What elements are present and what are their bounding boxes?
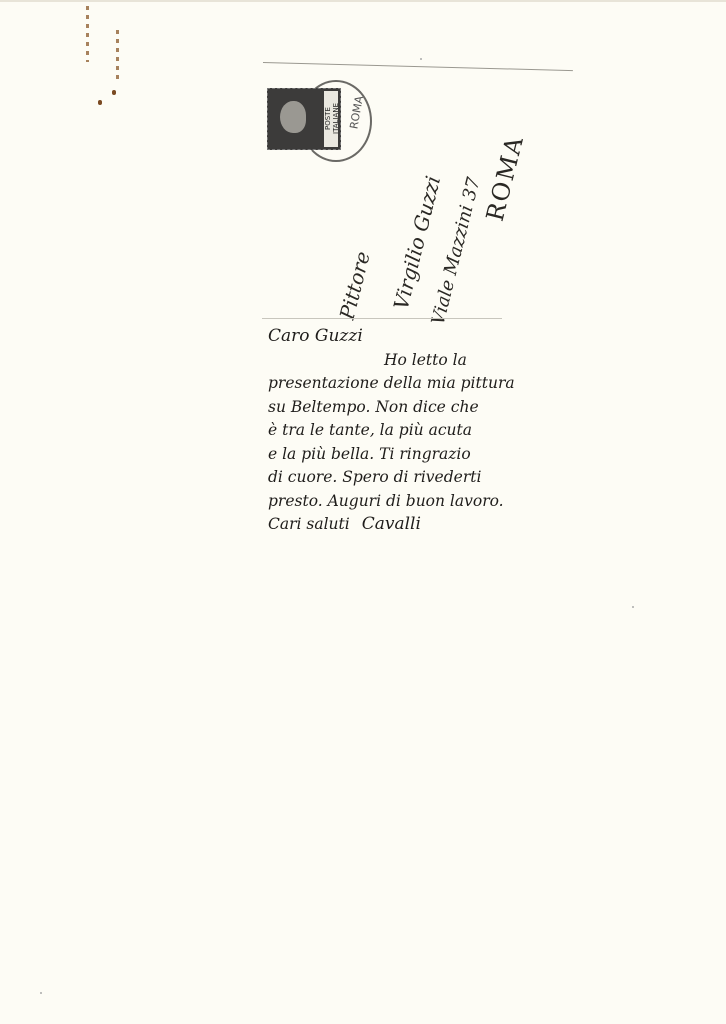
- divider-line: [262, 318, 502, 319]
- letter-line: è tra le tante, la più acuta: [268, 419, 558, 443]
- letter-line: su Beltempo. Non dice che: [268, 396, 558, 420]
- staple-stain-left: [86, 6, 89, 62]
- rust-spot: [112, 90, 116, 95]
- speck: [420, 58, 422, 60]
- top-edge: [0, 0, 726, 2]
- letter-line: Ho letto la: [268, 349, 558, 373]
- signature: Cavalli: [362, 514, 421, 534]
- postage-stamp: POSTE ITALIANE: [267, 88, 341, 150]
- letter-line: e la più bella. Ti ringrazio: [268, 443, 558, 467]
- letter-line: presto. Auguri di buon lavoro.: [268, 490, 558, 514]
- speck: [40, 992, 42, 994]
- letter-body: Caro Guzzi Ho letto la presentazione del…: [268, 325, 558, 537]
- letter-line: di cuore. Spero di rivederti: [268, 466, 558, 490]
- letter-closing: Cari salutiCavalli: [268, 513, 558, 537]
- stamp-portrait: [280, 101, 306, 133]
- staple-stain-right: [116, 30, 119, 80]
- letter-line: presentazione della mia pittura: [268, 372, 558, 396]
- stamp-label: POSTE ITALIANE: [324, 91, 338, 147]
- speck: [632, 606, 634, 608]
- closing-text: Cari saluti: [268, 515, 350, 533]
- salutation: Caro Guzzi: [268, 325, 558, 349]
- rust-spot: [98, 100, 102, 105]
